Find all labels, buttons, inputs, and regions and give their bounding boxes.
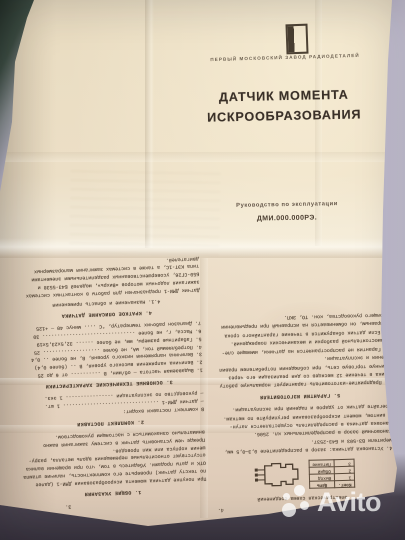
pin-label: Выход	[309, 473, 335, 481]
pin-label: Питание	[309, 459, 335, 467]
page3-text-column: 3.1. ОБЩИЕ УКАЗАНИЯПри покупке датчика м…	[11, 253, 208, 511]
factory-stamp-mark	[285, 24, 308, 55]
horizontal-crease	[0, 152, 405, 162]
text-bleedthrough	[69, 167, 220, 256]
cover-title-line2: ИСКРООБРАЗОВАНИЯ	[178, 104, 390, 128]
center-fold	[0, 238, 405, 258]
page4-lower-lines: 4.4. Установка датчика: зазор в распреде…	[201, 310, 398, 456]
page3-text-line: 3.	[19, 497, 207, 511]
cover-subtitle: Руководство по эксплуатации	[220, 201, 354, 209]
cover-title: ДАТЧИК МОМЕНТА ИСКРООБРАЗОВАНИЯ	[178, 84, 391, 128]
pin-label: Общий	[309, 466, 335, 474]
pin-number: 3	[334, 459, 354, 466]
photo-of-manual: ПЕРВЫЙ МОСКОВСКИЙ ЗАВОД РАДИОДЕТАЛЕЙ ДАТ…	[0, 0, 405, 540]
factory-name: ПЕРВЫЙ МОСКОВСКИЙ ЗАВОД РАДИОДЕТАЛЕЙ	[176, 52, 394, 63]
vertical-crease	[145, 0, 154, 248]
avito-watermark-text: Avito	[317, 487, 381, 518]
pin-number: 1	[334, 473, 354, 480]
document-code: ДМИ.000.000РЭ.	[228, 214, 346, 223]
avito-watermark: Avito	[280, 484, 381, 520]
paper-sheet: ПЕРВЫЙ МОСКОВСКИЙ ЗАВОД РАДИОДЕТАЛЕЙ ДАТ…	[0, 0, 405, 540]
pin-number: 2	[334, 466, 354, 473]
page4-text-line: 5. ГАРАНТИИ ИЗГОТОВИТЕЛЯ	[203, 389, 397, 402]
avito-logo-icon	[280, 484, 314, 520]
page4-text-column: 4.Электрическая схема соединений Конт. Ц…	[200, 282, 400, 515]
